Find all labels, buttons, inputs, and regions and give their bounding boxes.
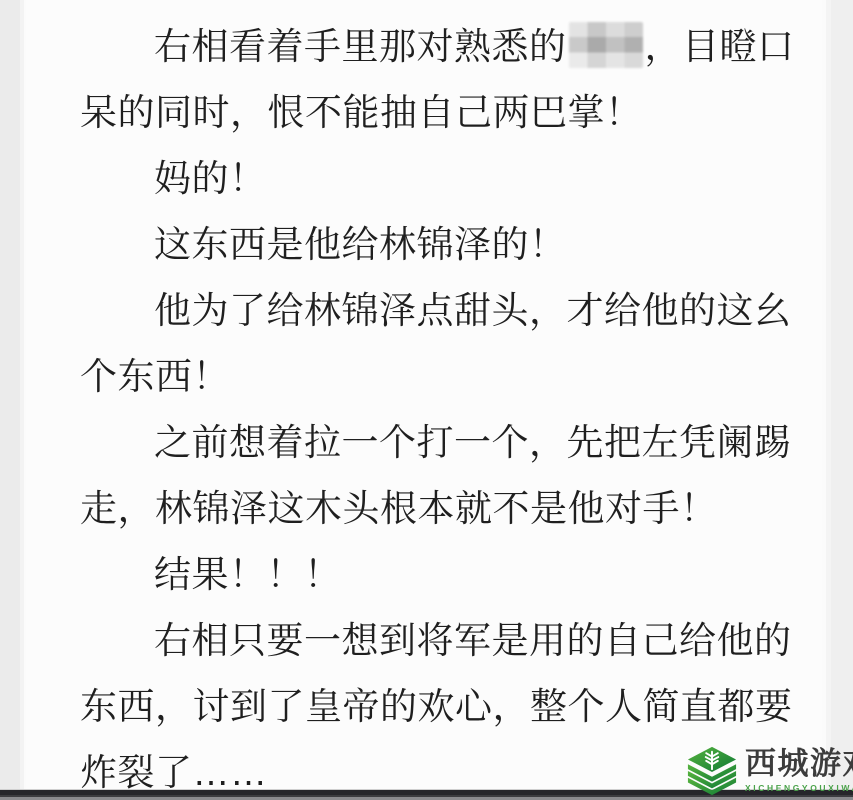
text-line: 走，林锦泽这木头根本就不是他对手！ [80, 476, 800, 542]
text-segment: 结果！！！ [154, 554, 342, 595]
watermark-text: 西城游戏网 XICHENGYOUXIWANG [745, 745, 853, 793]
wheat-stack-logo-icon [686, 745, 738, 797]
text-segment: 右相看着手里那对熟悉的 [154, 26, 567, 67]
text-segment: 走，林锦泽这木头根本就不是他对手！ [80, 488, 718, 529]
text-line: 右相看着手里那对熟悉的，目瞪口 [80, 14, 800, 80]
text-segment: 他为了给林锦泽点甜头，才给他的这幺 [154, 290, 792, 331]
text-segment: 个东西！ [80, 356, 230, 397]
text-line: 他为了给林锦泽点甜头，才给他的这幺 [80, 278, 800, 344]
censored-mosaic-block [569, 22, 643, 68]
text-segment: ，目瞪口 [645, 26, 795, 67]
text-segment: 右相只要一想到将军是用的自己给他的 [154, 620, 792, 661]
text-line: 东西，讨到了皇帝的欢心，整个人简直都要 [80, 674, 800, 740]
text-segment: 妈的！ [154, 158, 267, 199]
text-line: 之前想着拉一个打一个，先把左凭阑踢 [80, 410, 800, 476]
text-segment: 这东西是他给林锦泽的！ [154, 224, 567, 265]
novel-text-block: 右相看着手里那对熟悉的，目瞪口呆的同时，恨不能抽自己两巴掌！妈的！这东西是他给林… [80, 14, 800, 800]
text-segment: 之前想着拉一个打一个，先把左凭阑踢 [154, 422, 792, 463]
text-line: 个东西！ [80, 344, 800, 410]
site-name-latin: XICHENGYOUXIWANG [745, 783, 853, 793]
page-left-margin [0, 0, 26, 800]
page-right-edge [822, 0, 853, 800]
text-line: 这东西是他给林锦泽的！ [80, 212, 800, 278]
text-line: 结果！！！ [80, 542, 800, 608]
text-segment: 呆的同时，恨不能抽自己两巴掌！ [80, 92, 643, 133]
text-segment: 炸裂了…… [80, 752, 268, 793]
text-line: 呆的同时，恨不能抽自己两巴掌！ [80, 80, 800, 146]
watermark: 西城游戏网 XICHENGYOUXIWANG [686, 745, 853, 797]
text-segment: 东西，讨到了皇帝的欢心，整个人简直都要 [80, 686, 793, 727]
text-line: 妈的！ [80, 146, 800, 212]
site-name: 西城游戏网 [745, 747, 853, 781]
text-line: 右相只要一想到将军是用的自己给他的 [80, 608, 800, 674]
